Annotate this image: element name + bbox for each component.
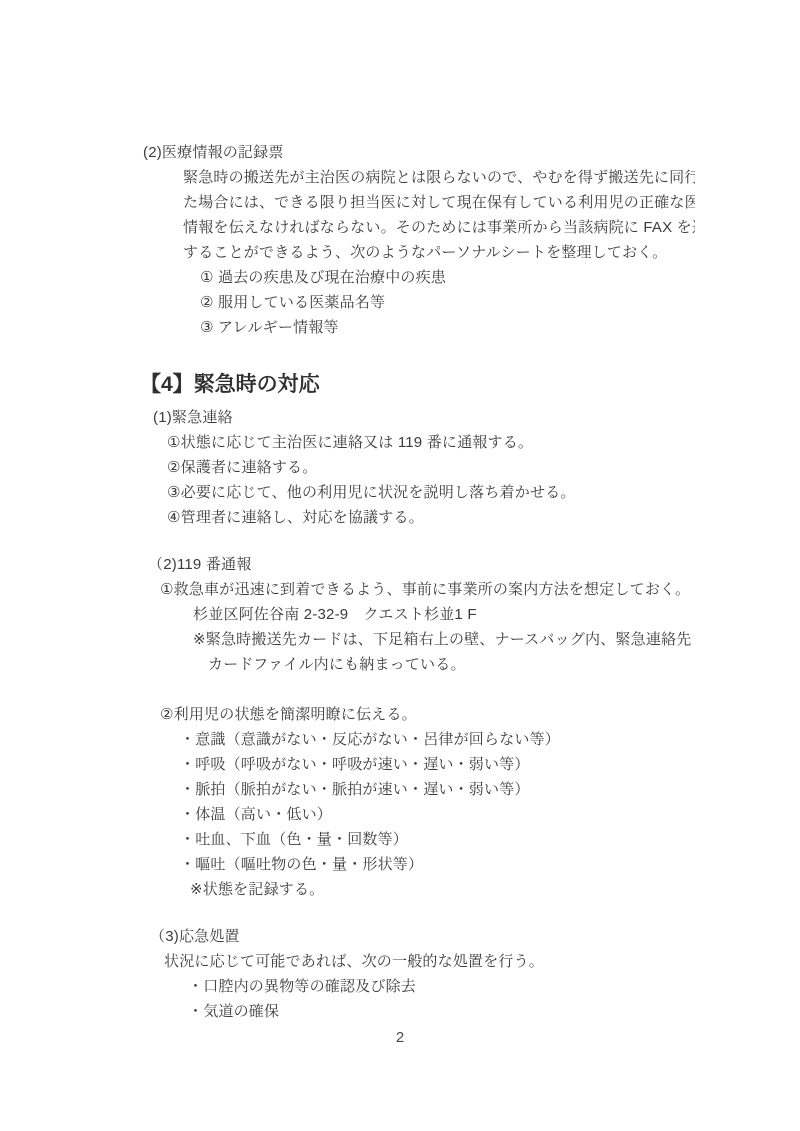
bullet-item: ・嘔吐（嘔吐物の色・量・形状等） xyxy=(180,852,740,877)
list-item: ③必要に応じて、他の利用児に状況を説明し落ち着かせる。 xyxy=(167,480,740,505)
office-address: 杉並区阿佐谷南 2-32-9 クエスト杉並1 F xyxy=(193,602,740,627)
bullet-item: ・脈拍（脈拍がない・脈拍が速い・遅い・弱い等） xyxy=(180,777,740,802)
section-title: 【4】緊急時の対応 xyxy=(140,370,740,400)
list-item: ③ アレルギー情報等 xyxy=(200,315,740,340)
paragraph-line: 緊急時の搬送先が主治医の病院とは限らないので、やむを得ず搬送先に同行し xyxy=(183,165,695,190)
list-item: ①状態に応じて主治医に連絡又は 119 番に通報する。 xyxy=(167,430,740,455)
list-item: ①救急車が迅速に到着できるよう、事前に事業所の案内方法を想定しておく。 xyxy=(160,577,740,602)
paragraph-line: 情報を伝えなければならない。そのためには事業所から当該病院に FAX を送付 xyxy=(183,215,695,240)
paragraph-line: た場合には、できる限り担当医に対して現在保有している利用児の正確な医療 xyxy=(183,190,695,215)
note-line: ※状態を記録する。 xyxy=(190,877,740,902)
page-number: 2 xyxy=(0,1025,800,1050)
first-aid-intro: 状況に応じて可能であれば、次の一般的な処置を行う。 xyxy=(164,949,740,974)
bullet-item: ・吐血、下血（色・量・回数等） xyxy=(180,827,740,852)
list-item: ② 服用している医薬品名等 xyxy=(200,290,740,315)
list-item: ① 過去の疾患及び現在治療中の疾患 xyxy=(200,265,740,290)
document-page: (2)医療情報の記録票 緊急時の搬送先が主治医の病院とは限らないので、やむを得ず… xyxy=(0,0,800,1131)
bullet-item: ・気道の確保 xyxy=(188,999,740,1024)
emergency-contact-label: (1)緊急連絡 xyxy=(153,405,740,430)
list-item: ②利用児の状態を簡潔明瞭に伝える。 xyxy=(160,702,740,727)
bullet-item: ・意識（意識がない・反応がない・呂律が回らない等） xyxy=(180,727,740,752)
note-line: カードファイル内にも納まっている。 xyxy=(208,652,740,677)
bullet-item: ・呼吸（呼吸がない・呼吸が速い・遅い・弱い等） xyxy=(180,752,740,777)
document-content: (2)医療情報の記録票 緊急時の搬送先が主治医の病院とは限らないので、やむを得ず… xyxy=(140,140,740,1024)
note-line: ※緊急時搬送先カードは、下足箱右上の壁、ナースバッグ内、緊急連絡先 xyxy=(193,627,740,652)
bullet-item: ・体温（高い・低い） xyxy=(180,802,740,827)
list-item: ④管理者に連絡し、対応を協議する。 xyxy=(167,505,740,530)
list-item: ②保護者に連絡する。 xyxy=(167,455,740,480)
paragraph-line: することができるよう、次のようなパーソナルシートを整理しておく。 xyxy=(183,240,695,265)
call-119-label: （2)119 番通報 xyxy=(148,552,740,577)
medical-record-label: (2)医療情報の記録票 xyxy=(143,140,740,165)
first-aid-label: （3)応急処置 xyxy=(150,924,740,949)
bullet-item: ・口腔内の異物等の確認及び除去 xyxy=(188,974,740,999)
